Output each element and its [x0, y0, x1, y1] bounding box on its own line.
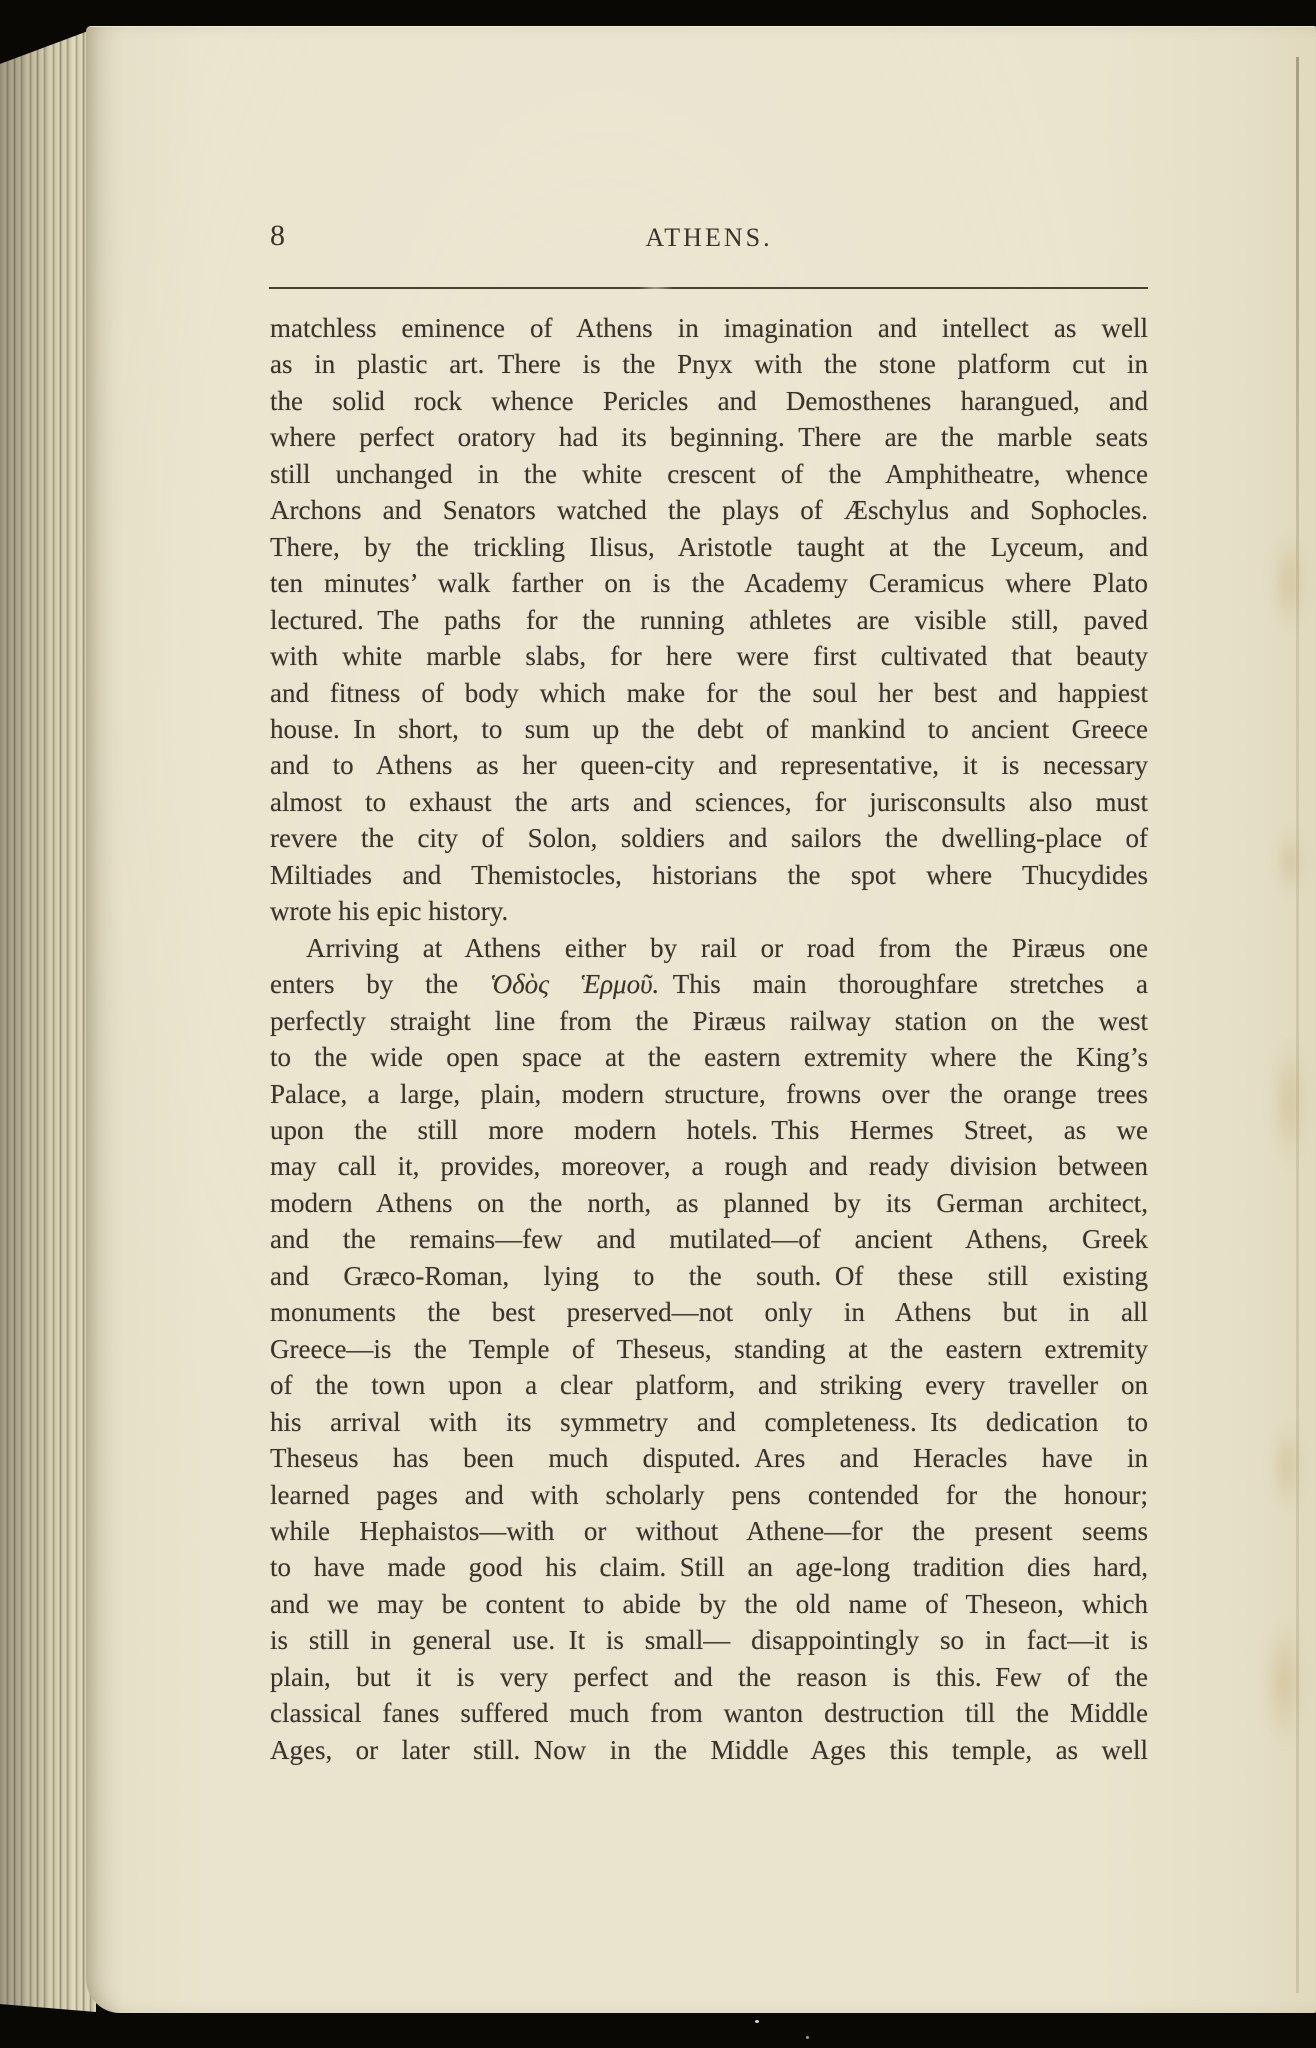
text-line: upon the still more modern hotels. This …	[270, 1112, 1148, 1148]
foxing-stain	[1264, 1617, 1304, 1747]
text-line: Theseus has been much disputed. Ares and…	[270, 1440, 1148, 1476]
text-line: of the town upon a clear platform, and s…	[270, 1367, 1148, 1403]
text-line: house. In short, to sum up the debt of m…	[270, 711, 1148, 747]
text-line: and fitness of body which make for the s…	[270, 675, 1148, 711]
text-line: to the wide open space at the eastern ex…	[270, 1039, 1148, 1075]
text-line: while Hephaistos—with or without Athene—…	[270, 1513, 1148, 1549]
dust-speck	[806, 2036, 809, 2039]
text-line: Arriving at Athens either by rail or roa…	[270, 930, 1148, 966]
text-line: as in plastic art. There is the Pnyx wit…	[270, 346, 1148, 382]
foxing-stain	[1272, 1422, 1302, 1512]
greek-prefix: enters by the	[270, 969, 490, 999]
foxing-stain	[1272, 532, 1306, 632]
scan-background: { "colors": { "background": "#0a0805", "…	[0, 0, 1316, 2048]
text-line: plain, but it is very perfect and the re…	[270, 1659, 1148, 1695]
text-line: matchless eminence of Athens in imaginat…	[270, 310, 1148, 346]
text-line: revere the city of Solon, soldiers and s…	[270, 820, 1148, 856]
text-line: and we may be content to abide by the ol…	[270, 1586, 1148, 1622]
text-line: and to Athens as her queen-city and repr…	[270, 747, 1148, 783]
text-line: There, by the trickling Ilisus, Aristotl…	[270, 529, 1148, 565]
text-column: matchless eminence of Athens in imaginat…	[270, 310, 1148, 1768]
text-line: and the remains—few and mutilated—of anc…	[270, 1221, 1148, 1257]
text-line: Miltiades and Themistocles, historians t…	[270, 857, 1148, 893]
running-head: ATHENS.	[270, 223, 1148, 253]
text-line: modern Athens on the north, as planned b…	[270, 1185, 1148, 1221]
text-line: learned pages and with scholarly pens co…	[270, 1477, 1148, 1513]
text-line: ten minutes’ walk farther on is the Acad…	[270, 565, 1148, 601]
text-line: Archons and Senators watched the plays o…	[270, 492, 1148, 528]
book-fore-edges	[0, 0, 96, 2048]
dust-speck	[755, 2020, 759, 2023]
header-rule	[269, 287, 1148, 289]
foxing-stain	[1276, 827, 1304, 897]
text-line: to have made good his claim. Still an ag…	[270, 1549, 1148, 1585]
text-line: Greece—is the Temple of Theseus, standin…	[270, 1331, 1148, 1367]
greek-suffix: This main thoroughfare stretches a	[659, 969, 1148, 999]
text-line: the solid rock whence Pericles and Demos…	[270, 383, 1148, 419]
text-line: monuments the best preserved—not only in…	[270, 1294, 1148, 1330]
text-line: Ages, or later still. Now in the Middle …	[270, 1732, 1148, 1768]
text-line: lectured. The paths for the running athl…	[270, 602, 1148, 638]
text-line: wrote his epic history.	[270, 893, 1148, 929]
greek-phrase: Ὁδὸς Ἑρμοῦ.	[490, 969, 659, 999]
text-line: where perfect oratory had its beginning.…	[270, 419, 1148, 455]
text-line: and Græco-Roman, lying to the south. Of …	[270, 1258, 1148, 1294]
text-line: with white marble slabs, for here were f…	[270, 638, 1148, 674]
foxing-stain	[1272, 1037, 1306, 1167]
text-line: is still in general use. It is small— di…	[270, 1622, 1148, 1658]
text-line: Palace, a large, plain, modern structure…	[270, 1076, 1148, 1112]
text-line: classical fanes suffered much from wanto…	[270, 1695, 1148, 1731]
text-line: perfectly straight line from the Piræus …	[270, 1003, 1148, 1039]
text-line: may call it, provides, moreover, a rough…	[270, 1148, 1148, 1184]
text-line: still unchanged in the white crescent of…	[270, 456, 1148, 492]
text-line-greek: enters by the Ὁδὸς Ἑρμοῦ. This main thor…	[270, 966, 1148, 1002]
text-line: almost to exhaust the arts and sciences,…	[270, 784, 1148, 820]
book-page: 8 ATHENS. matchless eminence of Athens i…	[86, 26, 1316, 2013]
text-line: his arrival with its symmetry and comple…	[270, 1404, 1148, 1440]
